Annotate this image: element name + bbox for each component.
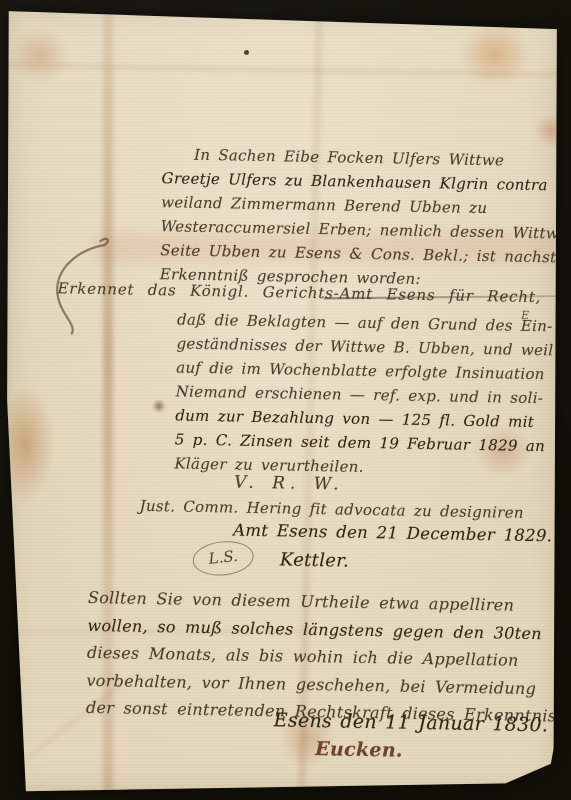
judgment-body: daß die Beklagten — auf den Grund des Ei… (174, 307, 554, 482)
paper-shadow: E In Sachen Eibe Focken Ulfers Wittwe Gr… (0, 0, 571, 800)
legal-formula: V. R. W. (234, 473, 344, 495)
letter-content: E In Sachen Eibe Focken Ulfers Wittwe Gr… (0, 7, 559, 800)
seal-ls-oval: L.S. (191, 538, 255, 578)
case-heading: In Sachen Eibe Focken Ulfers Wittwe Gree… (160, 142, 571, 294)
notice-dateline: Esens den 11 Januar 1830. (274, 709, 549, 736)
appeal-notice: Sollten Sie von diesem Urtheile etwa app… (86, 584, 571, 731)
judge-signature: Kettler. (280, 549, 350, 571)
clerk-signature: Eucken. (315, 738, 403, 762)
scanned-letter: E In Sachen Eibe Focken Ulfers Wittwe Gr… (0, 0, 571, 800)
formula-text: V. R. W. (234, 473, 344, 495)
notice-signature: Eucken. (315, 738, 403, 762)
notice-date-text: Esens den 11 Januar 1830. (274, 709, 549, 736)
designation-line: Just. Comm. Hering fit advocata zu desig… (139, 497, 523, 522)
seal-and-signature: L.S. Kettler. (192, 541, 349, 578)
paper-sheet: E In Sachen Eibe Focken Ulfers Wittwe Gr… (6, 8, 558, 792)
designation-text: Just. Comm. Hering fit advocata zu desig… (139, 497, 523, 522)
